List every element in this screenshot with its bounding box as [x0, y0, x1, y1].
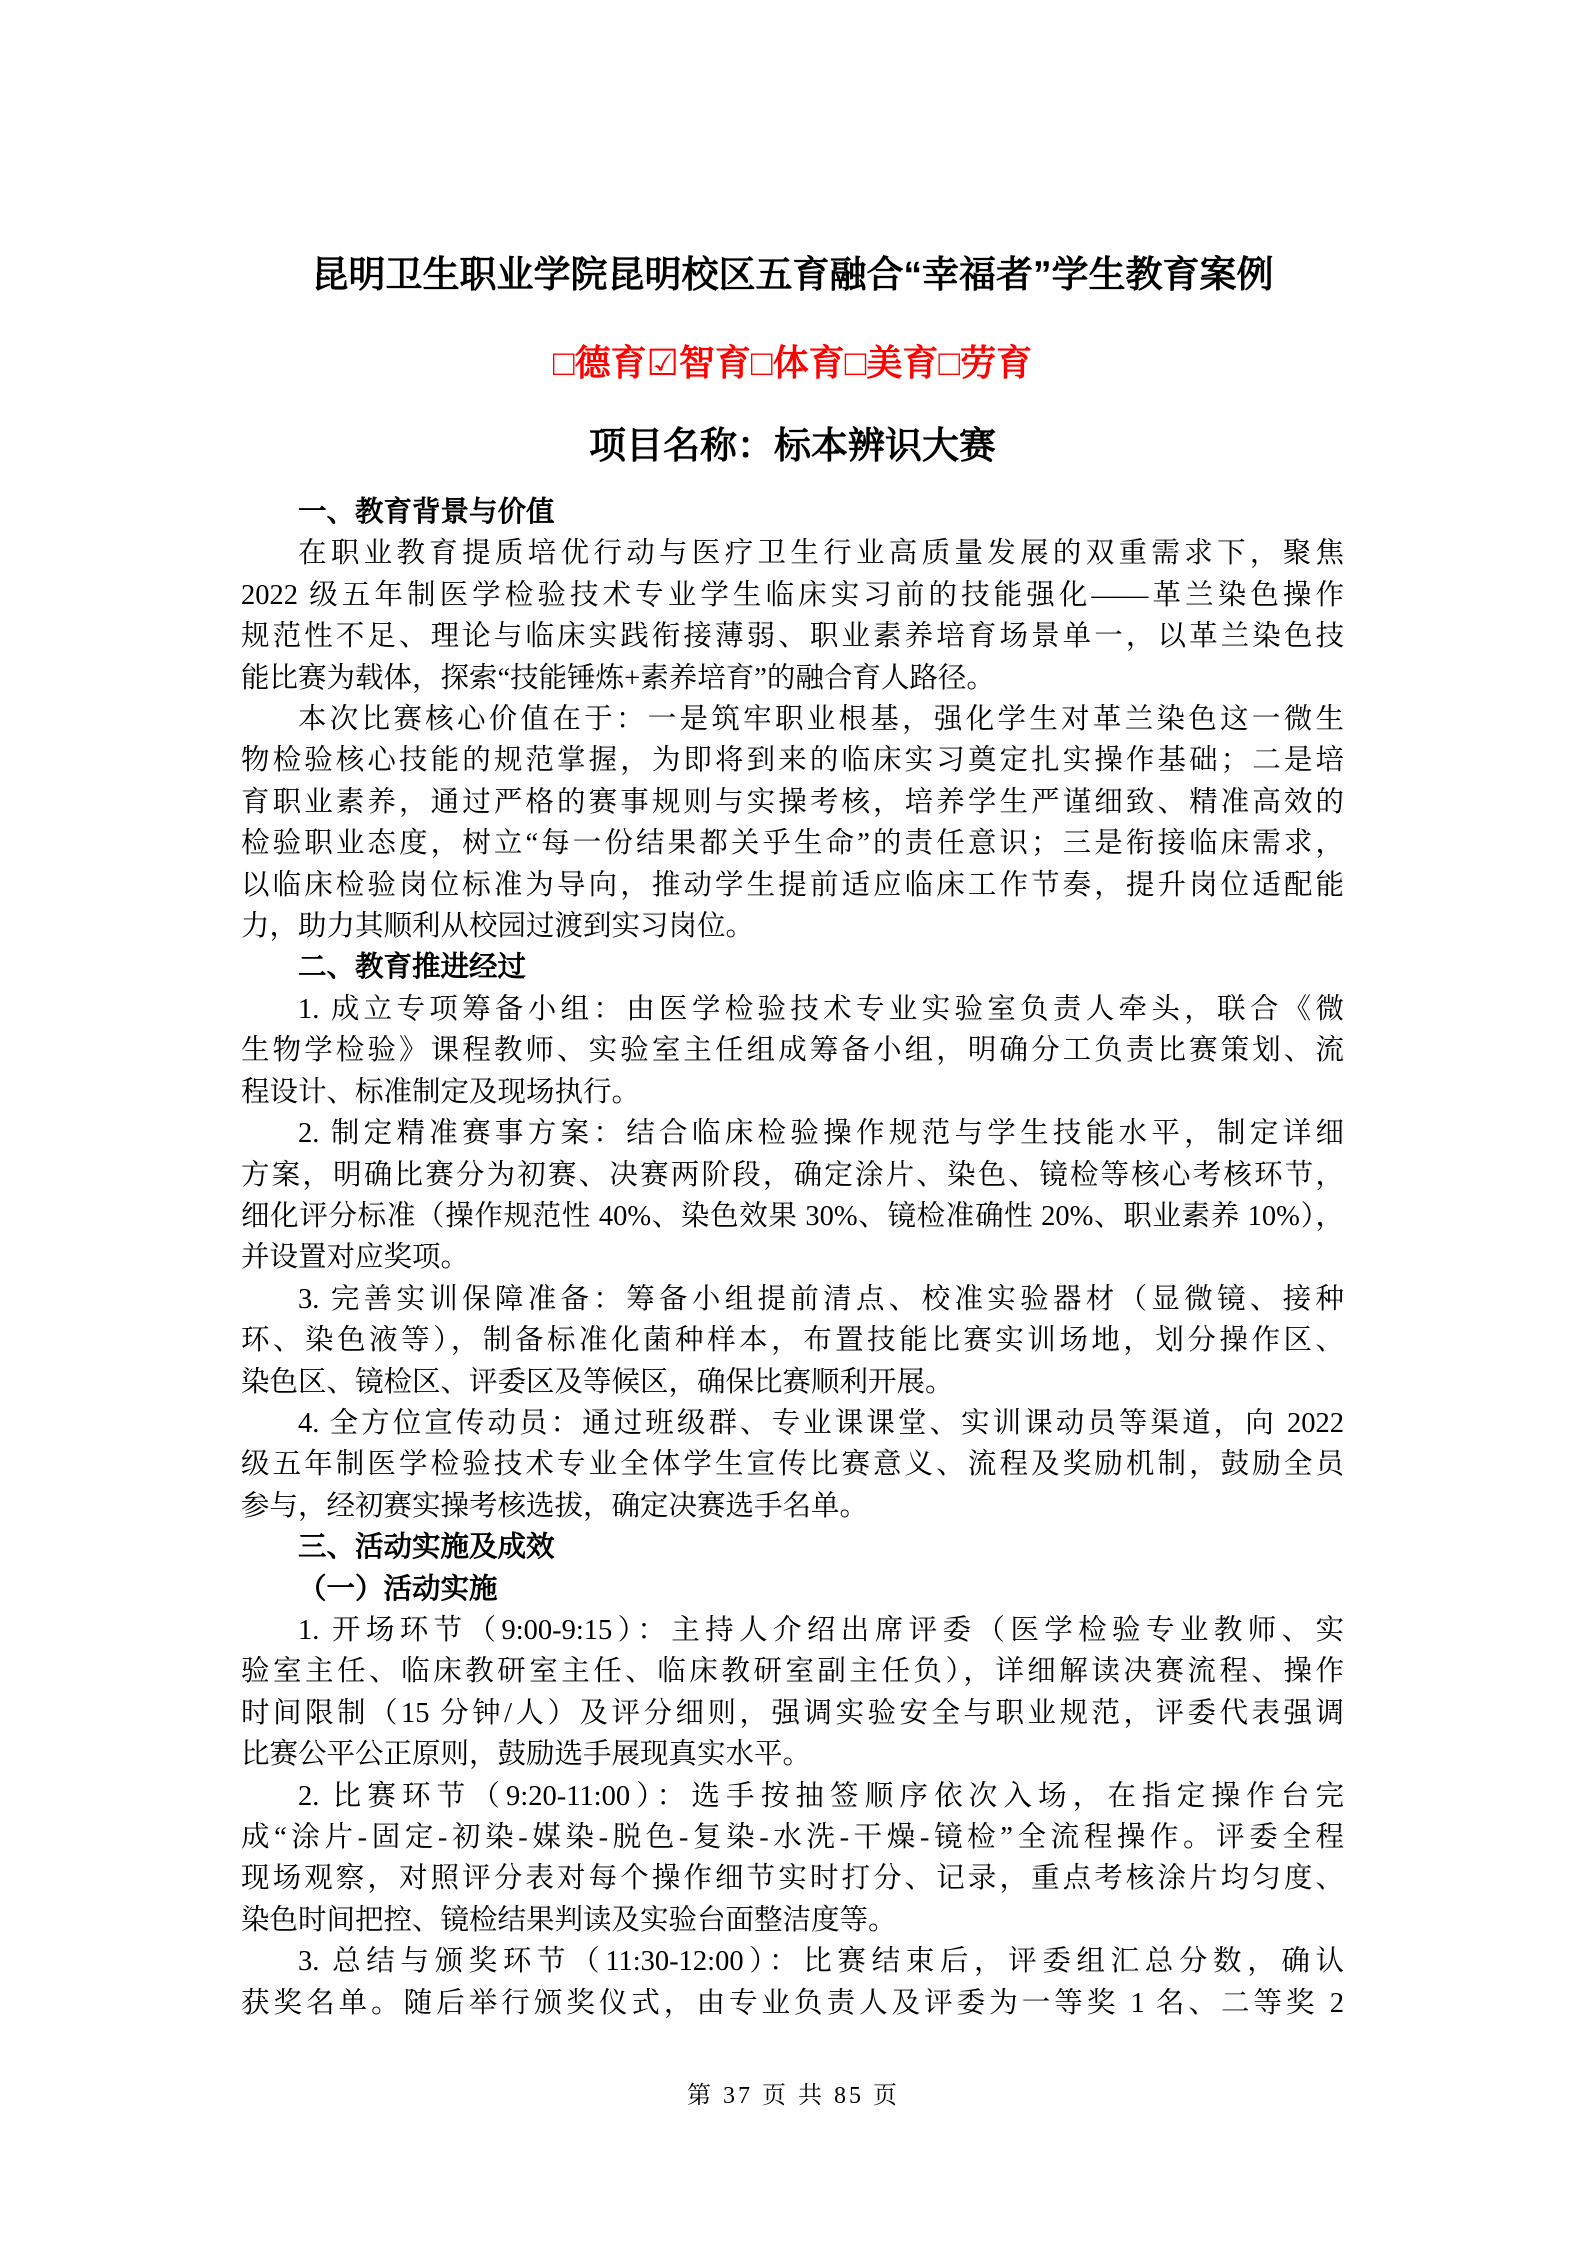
- body-line: 现场观察，对照评分表对每个操作细节实时打分、记录，重点考核涂片均匀度、: [241, 1858, 1344, 1899]
- checkbox-labor-education: □劳育: [938, 342, 1032, 383]
- checkbox-physical-education: □体育: [751, 342, 845, 383]
- body-line: 检验职业态度，树立“每一份结果都关乎生命”的责任意识；三是衔接临床需求，: [241, 823, 1344, 864]
- body-line: 并设置对应奖项。: [241, 1237, 1344, 1278]
- body-line: 以临床检验岗位标准为导向，推动学生提前适应临床工作节奏，提升岗位适配能: [241, 865, 1344, 906]
- body-line: 获奖名单。随后举行颁奖仪式，由专业负责人及评委为一等奖 1 名、二等奖 2: [241, 1983, 1344, 2024]
- body-line: 比赛公平公正原则，鼓励选手展现真实水平。: [241, 1734, 1344, 1775]
- body-line: 本次比赛核心价值在于：一是筑牢职业根基，强化学生对革兰染色这一微生: [241, 699, 1344, 740]
- body-line: 1. 开场环节（9:00-9:15）：主持人介绍出席评委（医学检验专业教师、实: [241, 1610, 1344, 1651]
- checkbox-label: 体育: [773, 342, 845, 383]
- subsection-heading: （一）活动实施: [241, 1569, 1344, 1610]
- body-line: 环、染色液等），制备标准化菌种样本，布置技能比赛实训场地，划分操作区、: [241, 1320, 1344, 1361]
- body-line: 力，助力其顺利从校园过渡到实习岗位。: [241, 906, 1344, 947]
- section-heading-2: 二、教育推进经过: [241, 947, 1344, 988]
- checkbox-aesthetic-education: □美育: [845, 342, 939, 383]
- body-line: 3. 总结与颁奖环节（11:30-12:00）：比赛结束后，评委组汇总分数，确认: [241, 1941, 1344, 1982]
- checkbox-checked-icon: ☑: [647, 342, 679, 383]
- body-line: 2. 比赛环节（9:20-11:00）：选手按抽签顺序依次入场，在指定操作台完: [241, 1776, 1344, 1817]
- body-line: 细化评分标准（操作规范性 40%、染色效果 30%、镜检准确性 20%、职业素养…: [241, 1196, 1344, 1237]
- document-page: 昆明卫生职业学院昆明校区五育融合“幸福者”学生教育案例 □德育☑智育□体育□美育…: [0, 0, 1587, 2245]
- body-line: 4. 全方位宣传动员：通过班级群、专业课课堂、实训课动员等渠道，向 2022: [241, 1403, 1344, 1444]
- checkbox-label: 德育: [575, 342, 647, 383]
- page-number: 第 37 页 共 85 页: [0, 2082, 1587, 2110]
- checkbox-intellectual-education: ☑智育: [647, 342, 751, 383]
- checkbox-unchecked-icon: □: [845, 342, 867, 383]
- checkbox-unchecked-icon: □: [553, 342, 575, 383]
- checkbox-unchecked-icon: □: [938, 342, 960, 383]
- checkbox-label: 美育: [866, 342, 938, 383]
- body-line: 方案，明确比赛分为初赛、决赛两阶段，确定涂片、染色、镜检等核心考核环节，: [241, 1155, 1344, 1196]
- checkbox-label: 智育: [679, 342, 751, 383]
- section-heading-3: 三、活动实施及成效: [241, 1527, 1344, 1568]
- document-title: 昆明卫生职业学院昆明校区五育融合“幸福者”学生教育案例: [241, 254, 1344, 296]
- body-line: 级五年制医学检验技术专业全体学生宣传比赛意义、流程及奖励机制，鼓励全员: [241, 1444, 1344, 1485]
- body-line: 参与，经初赛实操考核选拔，确定决赛选手名单。: [241, 1486, 1344, 1527]
- body-line: 成“涂片-固定-初染-媒染-脱色-复染-水洗-干燥-镜检”全流程操作。评委全程: [241, 1817, 1344, 1858]
- document-body: 一、教育背景与价值 在职业教育提质培优行动与医疗卫生行业高质量发展的双重需求下，…: [241, 492, 1344, 2024]
- body-line: 程设计、标准制定及现场执行。: [241, 1072, 1344, 1113]
- body-line: 验室主任、临床教研室主任、临床教研室副主任负），详细解读决赛流程、操作: [241, 1651, 1344, 1692]
- body-line: 时间限制（15 分钟/人）及评分细则，强调实验安全与职业规范，评委代表强调: [241, 1693, 1344, 1734]
- body-line: 规范性不足、理论与临床实践衔接薄弱、职业素养培育场景单一，以革兰染色技: [241, 616, 1344, 657]
- section-heading-1: 一、教育背景与价值: [241, 492, 1344, 533]
- body-line: 在职业教育提质培优行动与医疗卫生行业高质量发展的双重需求下，聚焦: [241, 533, 1344, 574]
- body-line: 2022 级五年制医学检验技术专业学生临床实习前的技能强化——革兰染色操作: [241, 575, 1344, 616]
- body-line: 2. 制定精准赛事方案：结合临床检验操作规范与学生技能水平，制定详细: [241, 1113, 1344, 1154]
- body-line: 生物学检验》课程教师、实验室主任组成筹备小组，明确分工负责比赛策划、流: [241, 1030, 1344, 1071]
- five-education-checkbox-line: □德育☑智育□体育□美育□劳育: [241, 343, 1344, 383]
- checkbox-label: 劳育: [960, 342, 1032, 383]
- body-line: 物检验核心技能的规范掌握，为即将到来的临床实习奠定扎实操作基础；二是培: [241, 740, 1344, 781]
- body-line: 1. 成立专项筹备小组：由医学检验技术专业实验室负责人牵头，联合《微: [241, 989, 1344, 1030]
- body-line: 染色时间把控、镜检结果判读及实验台面整洁度等。: [241, 1900, 1344, 1941]
- body-line: 能比赛为载体，探索“技能锤炼+素养培育”的融合育人路径。: [241, 658, 1344, 699]
- project-title: 项目名称：标本辨识大赛: [241, 425, 1344, 467]
- body-line: 3. 完善实训保障准备：筹备小组提前清点、校准实验器材（显微镜、接种: [241, 1279, 1344, 1320]
- body-line: 染色区、镜检区、评委区及等候区，确保比赛顺利开展。: [241, 1362, 1344, 1403]
- body-line: 育职业素养，通过严格的赛事规则与实操考核，培养学生严谨细致、精准高效的: [241, 782, 1344, 823]
- checkbox-unchecked-icon: □: [751, 342, 773, 383]
- checkbox-moral-education: □德育: [553, 342, 647, 383]
